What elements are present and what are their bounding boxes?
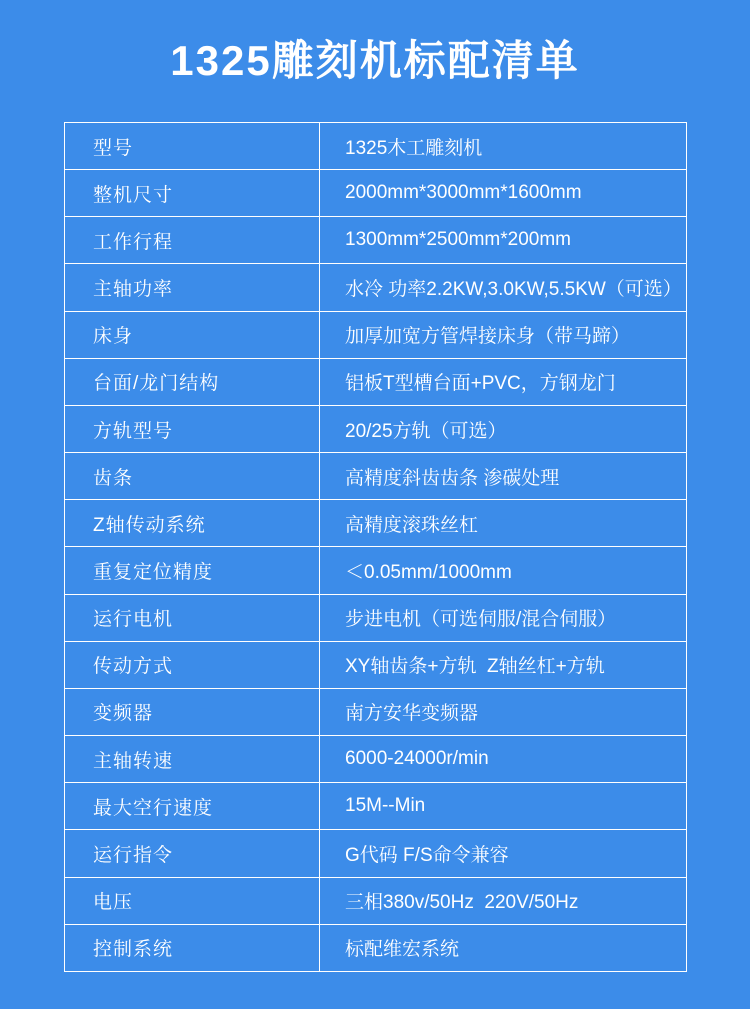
table-row: 电压三相380v/50Hz 220V/50Hz xyxy=(65,877,687,924)
spec-value: 高精度斜齿齿条 渗碳处理 xyxy=(320,453,687,500)
spec-value: 南方安华变频器 xyxy=(320,688,687,735)
spec-label: 主轴功率 xyxy=(65,264,320,311)
spec-value: 铝板T型槽台面+PVC，方钢龙门 xyxy=(320,358,687,405)
spec-label: 变频器 xyxy=(65,688,320,735)
spec-label: 主轴转速 xyxy=(65,736,320,783)
spec-label: 台面/龙门结构 xyxy=(65,358,320,405)
table-row: Z轴传动系统高精度滚珠丝杠 xyxy=(65,500,687,547)
spec-label: 整机尺寸 xyxy=(65,170,320,217)
spec-value: 1325木工雕刻机 xyxy=(320,123,687,170)
table-row: 主轴转速6000-24000r/min xyxy=(65,736,687,783)
spec-value: G代码 F/S命令兼容 xyxy=(320,830,687,877)
table-row: 方轨型号20/25方轨（可选） xyxy=(65,405,687,452)
spec-value: 标配维宏系统 xyxy=(320,924,687,971)
table-row: 台面/龙门结构铝板T型槽台面+PVC，方钢龙门 xyxy=(65,358,687,405)
table-row: 主轴功率水冷 功率2.2KW,3.0KW,5.5KW（可选） xyxy=(65,264,687,311)
spec-value: 20/25方轨（可选） xyxy=(320,405,687,452)
table-row: 齿条高精度斜齿齿条 渗碳处理 xyxy=(65,453,687,500)
spec-value: 水冷 功率2.2KW,3.0KW,5.5KW（可选） xyxy=(320,264,687,311)
spec-label: 型号 xyxy=(65,123,320,170)
spec-label: 方轨型号 xyxy=(65,405,320,452)
spec-label: 床身 xyxy=(65,311,320,358)
product-spec-page: 1325雕刻机标配清单 型号1325木工雕刻机整机尺寸2000mm*3000mm… xyxy=(0,0,750,1009)
table-row: 工作行程1300mm*2500mm*200mm xyxy=(65,217,687,264)
table-row: 传动方式XY轴齿条+方轨 Z轴丝杠+方轨 xyxy=(65,641,687,688)
spec-value: 2000mm*3000mm*1600mm xyxy=(320,170,687,217)
spec-label: 工作行程 xyxy=(65,217,320,264)
spec-value: ＜0.05mm/1000mm xyxy=(320,547,687,594)
spec-value: 三相380v/50Hz 220V/50Hz xyxy=(320,877,687,924)
table-row: 最大空行速度15M--Min xyxy=(65,783,687,830)
table-row: 运行电机步进电机（可选伺服/混合伺服） xyxy=(65,594,687,641)
spec-label: Z轴传动系统 xyxy=(65,500,320,547)
table-row: 控制系统标配维宏系统 xyxy=(65,924,687,971)
table-row: 整机尺寸2000mm*3000mm*1600mm xyxy=(65,170,687,217)
spec-label: 运行电机 xyxy=(65,594,320,641)
table-row: 型号1325木工雕刻机 xyxy=(65,123,687,170)
spec-label: 运行指令 xyxy=(65,830,320,877)
spec-value: 步进电机（可选伺服/混合伺服） xyxy=(320,594,687,641)
table-row: 重复定位精度＜0.05mm/1000mm xyxy=(65,547,687,594)
spec-label: 电压 xyxy=(65,877,320,924)
spec-value: 6000-24000r/min xyxy=(320,736,687,783)
page-title: 1325雕刻机标配清单 xyxy=(0,0,750,84)
spec-value: 高精度滚珠丝杠 xyxy=(320,500,687,547)
table-row: 变频器南方安华变频器 xyxy=(65,688,687,735)
spec-label: 最大空行速度 xyxy=(65,783,320,830)
table-row: 床身加厚加宽方管焊接床身（带马蹄） xyxy=(65,311,687,358)
spec-label: 齿条 xyxy=(65,453,320,500)
spec-table-body: 型号1325木工雕刻机整机尺寸2000mm*3000mm*1600mm工作行程1… xyxy=(65,123,687,972)
spec-value: 15M--Min xyxy=(320,783,687,830)
spec-table: 型号1325木工雕刻机整机尺寸2000mm*3000mm*1600mm工作行程1… xyxy=(64,122,687,972)
spec-label: 控制系统 xyxy=(65,924,320,971)
spec-value: 1300mm*2500mm*200mm xyxy=(320,217,687,264)
spec-value: 加厚加宽方管焊接床身（带马蹄） xyxy=(320,311,687,358)
spec-label: 传动方式 xyxy=(65,641,320,688)
spec-value: XY轴齿条+方轨 Z轴丝杠+方轨 xyxy=(320,641,687,688)
table-row: 运行指令G代码 F/S命令兼容 xyxy=(65,830,687,877)
spec-label: 重复定位精度 xyxy=(65,547,320,594)
